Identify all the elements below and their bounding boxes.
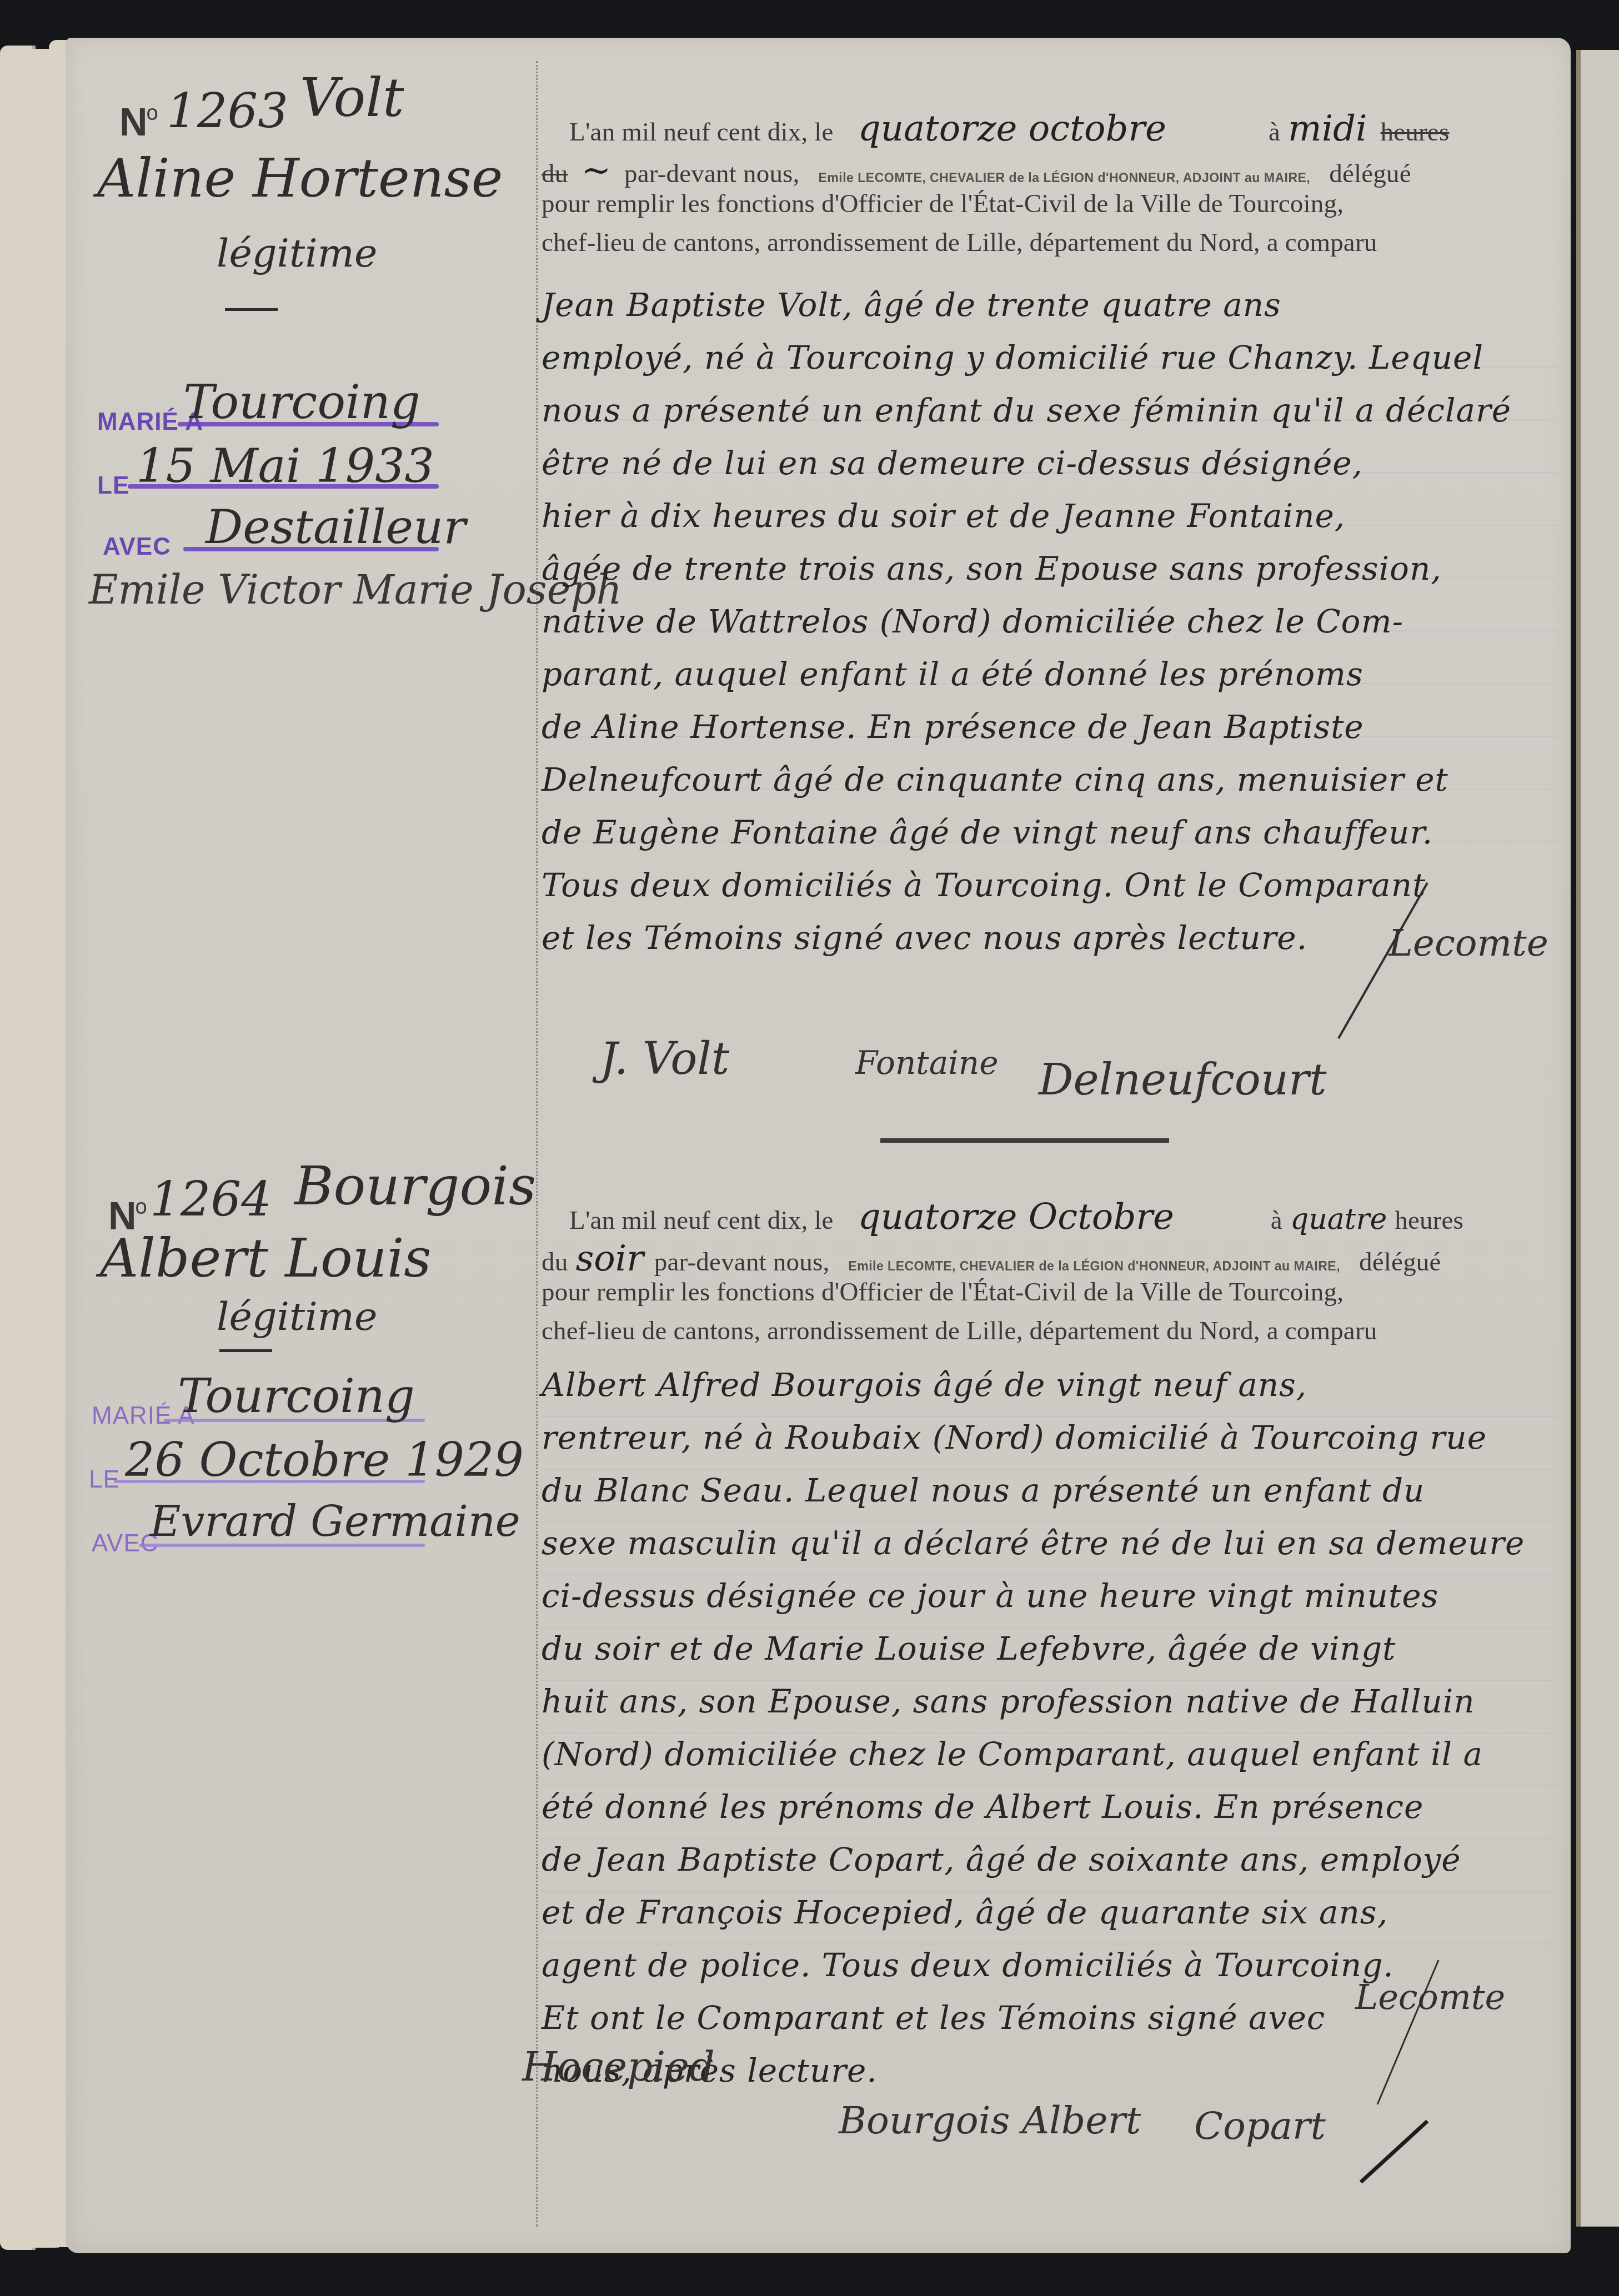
print-text: par-devant nous, bbox=[654, 1248, 830, 1277]
handwritten-line: native de Wattrelos (Nord) domiciliée ch… bbox=[542, 602, 1558, 640]
stamp-marie-a-value: Tourcoing bbox=[183, 375, 420, 429]
signature-witness-1: Hocepied bbox=[522, 2043, 715, 2090]
handwritten-line: Delneufcourt âgé de cinquante cinq ans, … bbox=[542, 761, 1558, 798]
entry-status: légitime bbox=[217, 230, 377, 276]
handwritten-line: de Jean Baptiste Copart, âgé de soixante… bbox=[542, 1841, 1558, 1878]
stamp-marie-a-value: Tourcoing bbox=[178, 1369, 415, 1423]
ruled-line bbox=[542, 1416, 1558, 1417]
ruled-line bbox=[542, 1627, 1558, 1628]
entry-surname: Bourgois bbox=[294, 1155, 536, 1217]
ruled-line bbox=[542, 1732, 1558, 1734]
handwritten-line: du Blanc Seau. Lequel nous a présenté un… bbox=[542, 1471, 1558, 1509]
entry-surname: Volt bbox=[300, 67, 404, 129]
entry-status: légitime bbox=[217, 1294, 377, 1339]
handwritten-line: Jean Baptiste Volt, âgé de trente quatre… bbox=[542, 286, 1558, 324]
handwritten-line: ci-dessus désignée ce jour à une heure v… bbox=[542, 1577, 1558, 1615]
print-text: à bbox=[1271, 1206, 1282, 1235]
stamp-le-value: 15 Mai 1933 bbox=[136, 439, 434, 493]
signature-witness-1: Fontaine bbox=[855, 1044, 998, 1082]
handwritten-line: sexe masculin qu'il a déclaré être né de… bbox=[542, 1524, 1558, 1562]
handwritten-line: âgée de trente trois ans, son Epouse san… bbox=[542, 550, 1558, 587]
stamp-le-value: 26 Octobre 1929 bbox=[125, 1433, 524, 1487]
handwritten-line: rentreur, né à Roubaix (Nord) domicilié … bbox=[542, 1419, 1558, 1456]
print-text: du bbox=[542, 1248, 568, 1277]
margin-dotted-rule bbox=[536, 61, 538, 2227]
stamp-avec-value: Evrard Germaine bbox=[150, 1496, 520, 1546]
handwritten-line: de Eugène Fontaine âgé de vingt neuf ans… bbox=[542, 813, 1558, 851]
entry-number: 1264 bbox=[150, 1172, 272, 1227]
print-text: L'an mil neuf cent dix, le bbox=[569, 1206, 834, 1235]
stamp-le-label: LE bbox=[97, 472, 129, 500]
print-text: par-devant nous, bbox=[624, 159, 800, 188]
print-line: chef-lieu de cantons, arrondissement de … bbox=[542, 1316, 1558, 1346]
entry-given-names: Albert Louis bbox=[100, 1227, 432, 1289]
handwritten-line: été donné les prénoms de Albert Louis. E… bbox=[542, 1788, 1558, 1826]
ruled-line bbox=[542, 1469, 1558, 1470]
handwritten-line: hier à dix heures du soir et de Jeanne F… bbox=[542, 497, 1558, 535]
filled-blank: ~ bbox=[581, 150, 611, 191]
print-text: délégué bbox=[1359, 1248, 1441, 1277]
facing-page-edge bbox=[1576, 50, 1619, 2227]
officer-flourish-icon bbox=[1294, 1955, 1461, 2188]
ruled-line bbox=[542, 1574, 1558, 1575]
signature-witness-2: Delneufcourt bbox=[1039, 1055, 1327, 1105]
handwritten-line: de Aline Hortense. En présence de Jean B… bbox=[542, 708, 1558, 746]
handwritten-line: nous a présenté un enfant du sexe fémini… bbox=[542, 391, 1558, 429]
stamp-avec-label: AVEC bbox=[103, 533, 171, 561]
signature-father: Bourgois Albert bbox=[839, 2099, 1141, 2143]
status-dash bbox=[219, 1349, 272, 1352]
officer-stamp: Emile LECOMTE, CHEVALIER de la LÉGION d'… bbox=[848, 1259, 1340, 1273]
entry-number: 1263 bbox=[167, 83, 288, 139]
handwritten-line: et de François Hocepied, âgé de quarante… bbox=[542, 1893, 1558, 1931]
handwritten-line: huit ans, son Epouse, sans profession na… bbox=[542, 1682, 1558, 1720]
struck-text: heures bbox=[1381, 118, 1450, 147]
print-line: pour remplir les fonctions d'Officier de… bbox=[542, 1277, 1558, 1307]
print-text: heures bbox=[1395, 1206, 1463, 1235]
print-text: délégué bbox=[1329, 159, 1411, 188]
print-text: à bbox=[1269, 118, 1280, 147]
handwritten-line: Albert Alfred Bourgois âgé de vingt neuf… bbox=[542, 1366, 1558, 1404]
entry-number-label: No bbox=[119, 100, 157, 144]
struck-text: du bbox=[542, 159, 568, 188]
print-line: pour remplir les fonctions d'Officier de… bbox=[542, 189, 1558, 219]
ruled-line bbox=[542, 1838, 1558, 1839]
handwritten-line: employé, né à Tourcoing y domicilié rue … bbox=[542, 339, 1558, 376]
signature-father: J. Volt bbox=[600, 1033, 729, 1084]
handwritten-line: être né de lui en sa demeure ci-dessus d… bbox=[542, 444, 1558, 482]
ruled-line bbox=[542, 1785, 1558, 1786]
filled-hour: quatre bbox=[1290, 1203, 1387, 1236]
print-line: chef-lieu de cantons, arrondissement de … bbox=[542, 228, 1558, 258]
entry-separator bbox=[880, 1138, 1169, 1143]
filled-period: soir bbox=[575, 1238, 643, 1279]
handwritten-line: parant, auquel enfant il a été donné les… bbox=[542, 655, 1558, 693]
officer-stamp: Emile LECOMTE, CHEVALIER de la LÉGION d'… bbox=[819, 170, 1311, 185]
entry-given-names: Aline Hortense bbox=[97, 147, 503, 209]
ruled-line bbox=[542, 1521, 1558, 1523]
filled-date: quatorze octobre bbox=[858, 108, 1166, 149]
ruled-line bbox=[542, 1680, 1558, 1681]
handwritten-line: du soir et de Marie Louise Lefebvre, âgé… bbox=[542, 1630, 1558, 1667]
status-dash bbox=[225, 308, 278, 311]
filled-hour: midi bbox=[1288, 108, 1367, 149]
print-text: L'an mil neuf cent dix, le bbox=[569, 118, 834, 147]
officer-flourish-icon bbox=[1333, 877, 1477, 1044]
ruled-line bbox=[542, 1943, 1558, 1945]
stamp-avec-value: Destailleur bbox=[205, 500, 466, 554]
handwritten-line: (Nord) domiciliée chez le Comparant, auq… bbox=[542, 1735, 1558, 1773]
filled-date: quatorze Octobre bbox=[858, 1197, 1174, 1238]
ruled-line bbox=[542, 1891, 1558, 1892]
